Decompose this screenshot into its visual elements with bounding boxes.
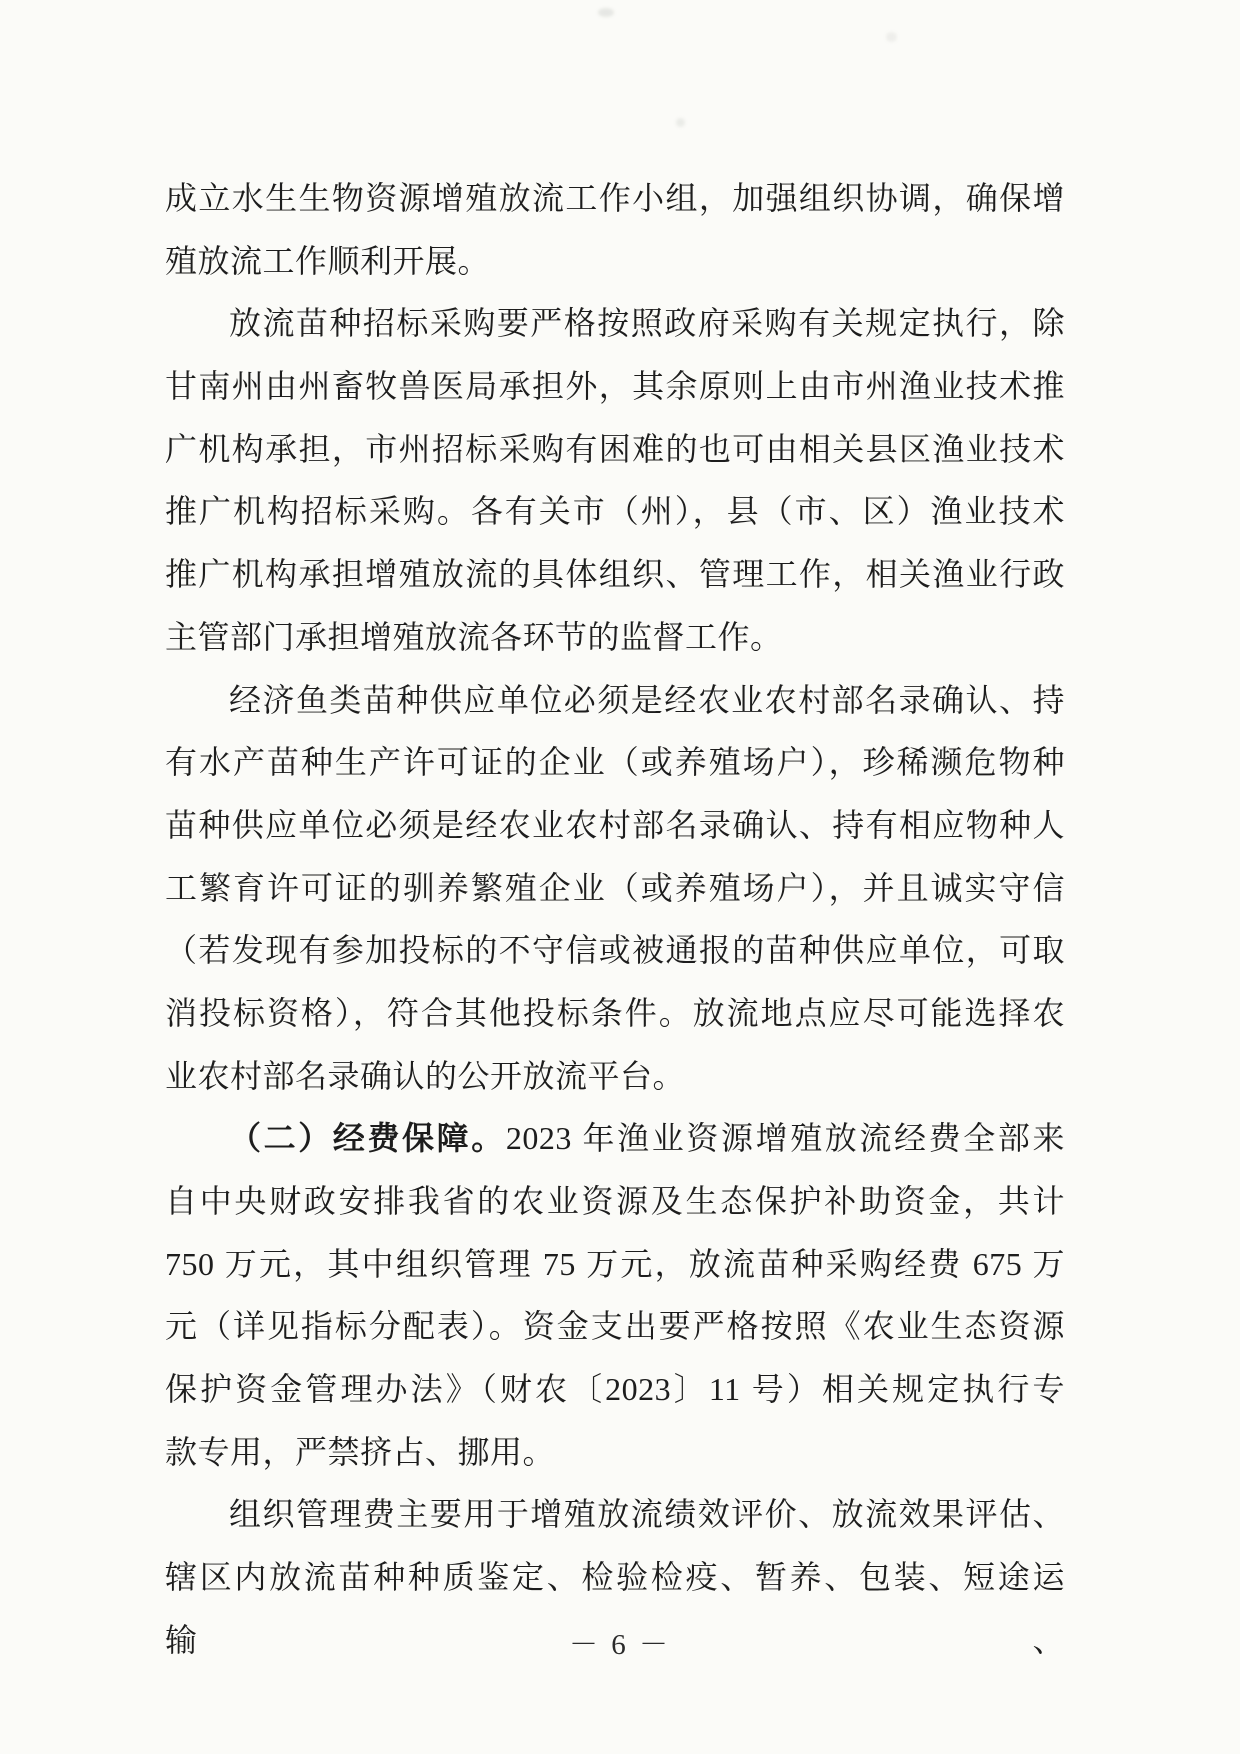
document-line: 辖区内放流苗种种质鉴定、检验检疫、暂养、包装、短途运输、 [165,1546,1065,1609]
document-line: （若发现有参加投标的不守信或被通报的苗种供应单位，可取 [165,919,1065,982]
document-body: 成立水生生物资源增殖放流工作小组，加强组织协调，确保增 殖放流工作顺利开展。 放… [165,167,1065,1609]
scan-artifact [676,118,685,127]
scan-artifact [598,8,614,17]
document-line: 经济鱼类苗种供应单位必须是经农业农村部名录确认、持 [165,669,1065,732]
section-heading: （二）经费保障。 [229,1120,506,1156]
document-line-text: 2023 年渔业资源增殖放流经费全部来 [506,1120,1065,1156]
document-line: 广机构承担，市州招标采购有困难的也可由相关县区渔业技术 [165,418,1065,481]
document-line: （二）经费保障。2023 年渔业资源增殖放流经费全部来 [165,1107,1065,1170]
document-line: 款专用，严禁挤占、挪用。 [165,1421,1065,1484]
document-line: 成立水生生物资源增殖放流工作小组，加强组织协调，确保增 [165,167,1065,230]
document-line: 自中央财政安排我省的农业资源及生态保护补助资金，共计 [165,1170,1065,1233]
document-line: 业农村部名录确认的公开放流平台。 [165,1045,1065,1108]
scan-artifact [886,32,897,42]
document-line: 750 万元，其中组织管理 75 万元，放流苗种采购经费 675 万 [165,1233,1065,1296]
document-line: 消投标资格），符合其他投标条件。放流地点应尽可能选择农 [165,982,1065,1045]
document-line: 苗种供应单位必须是经农业农村部名录确认、持有相应物种人 [165,794,1065,857]
document-line: 推广机构承担增殖放流的具体组织、管理工作，相关渔业行政 [165,543,1065,606]
document-line: 放流苗种招标采购要严格按照政府采购有关规定执行，除 [165,292,1065,355]
document-line: 有水产苗种生产许可证的企业（或养殖场户），珍稀濒危物种 [165,731,1065,794]
document-line: 保护资金管理办法》（财农〔2023〕11 号）相关规定执行专 [165,1358,1065,1421]
document-line: 主管部门承担增殖放流各环节的监督工作。 [165,606,1065,669]
page-number: － 6 － [0,1622,1240,1663]
document-line: 推广机构招标采购。各有关市（州），县（市、区）渔业技术 [165,480,1065,543]
document-line: 殖放流工作顺利开展。 [165,230,1065,293]
document-line: 元（详见指标分配表）。资金支出要严格按照《农业生态资源 [165,1295,1065,1358]
document-line: 组织管理费主要用于增殖放流绩效评价、放流效果评估、 [165,1483,1065,1546]
document-page: 成立水生生物资源增殖放流工作小组，加强组织协调，确保增 殖放流工作顺利开展。 放… [0,0,1240,1754]
document-line: 甘南州由州畜牧兽医局承担外，其余原则上由市州渔业技术推 [165,355,1065,418]
document-line: 工繁育许可证的驯养繁殖企业（或养殖场户），并且诚实守信 [165,857,1065,920]
